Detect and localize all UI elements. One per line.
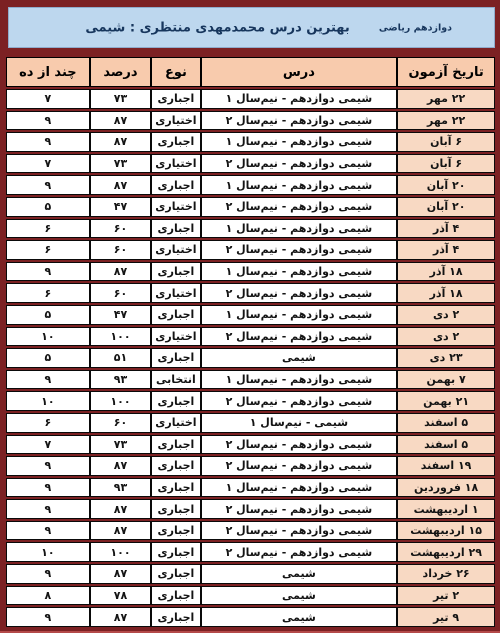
of-ten-cell: ۹ <box>6 132 90 152</box>
type-cell: اختیاری <box>151 240 200 260</box>
exam-date-cell: ۲۰ آبان <box>397 175 495 195</box>
exam-date-cell: ۱۵ اردیبهشت <box>397 521 495 541</box>
exam-date-cell: ۱۸ فروردین <box>397 478 495 498</box>
type-cell: اختیاری <box>151 111 200 131</box>
percent-cell: ۱۰۰ <box>90 391 152 411</box>
type-cell: اجباری <box>151 564 200 584</box>
table-row: ۱۸ فروردینشیمی دوازدهم - نیم‌سال ۱اجباری… <box>6 478 495 498</box>
of-ten-cell: ۸ <box>6 586 90 606</box>
type-cell: اجباری <box>151 89 200 109</box>
lesson-cell: شیمی دوازدهم - نیم‌سال ۱ <box>201 305 398 325</box>
table-row: ۱۹ اسفندشیمی دوازدهم - نیم‌سال ۲اجباری۸۷… <box>6 456 495 476</box>
table-row: ۴ آذرشیمی دوازدهم - نیم‌سال ۱اجباری۶۰۶ <box>6 219 495 239</box>
percent-cell: ۸۷ <box>90 499 152 519</box>
type-cell: اجباری <box>151 542 200 562</box>
type-cell: اجباری <box>151 132 200 152</box>
type-cell: اجباری <box>151 586 200 606</box>
table-row: ۶ آبانشیمی دوازدهم - نیم‌سال ۲اختیاری۷۳۷ <box>6 154 495 174</box>
col-header-percent: درصد <box>90 57 152 87</box>
percent-cell: ۴۷ <box>90 305 152 325</box>
percent-cell: ۸۷ <box>90 456 152 476</box>
of-ten-cell: ۹ <box>6 499 90 519</box>
report-title: بهترین درس محمدمهدی منتظری : شیمی <box>85 20 349 35</box>
table-row: ۲ تیرشیمیاجباری۷۸۸ <box>6 586 495 606</box>
type-cell: اجباری <box>151 478 200 498</box>
type-cell: اجباری <box>151 348 200 368</box>
lesson-cell: شیمی دوازدهم - نیم‌سال ۱ <box>201 262 398 282</box>
exam-date-cell: ۹ تیر <box>397 607 495 627</box>
type-cell: اختیاری <box>151 197 200 217</box>
table-row: ۲۱ بهمنشیمی دوازدهم - نیم‌سال ۲اجباری۱۰۰… <box>6 391 495 411</box>
percent-cell: ۷۳ <box>90 154 152 174</box>
type-cell: اختیاری <box>151 154 200 174</box>
lesson-cell: شیمی دوازدهم - نیم‌سال ۲ <box>201 283 398 303</box>
percent-cell: ۸۷ <box>90 521 152 541</box>
exam-date-cell: ۲ تیر <box>397 586 495 606</box>
table-row: ۲۹ اردیبهشتشیمی دوازدهم - نیم‌سال ۲اجبار… <box>6 542 495 562</box>
lesson-cell: شیمی دوازدهم - نیم‌سال ۱ <box>201 89 398 109</box>
table-row: ۷ بهمنشیمی دوازدهم - نیم‌سال ۱انتخابی۹۳۹ <box>6 370 495 390</box>
report-page: دوازدهم ریاضی بهترین درس محمدمهدی منتظری… <box>0 0 500 633</box>
lesson-cell: شیمی دوازدهم - نیم‌سال ۲ <box>201 197 398 217</box>
table-row: ۲۰ آبانشیمی دوازدهم - نیم‌سال ۱اجباری۸۷۹ <box>6 175 495 195</box>
of-ten-cell: ۱۰ <box>6 327 90 347</box>
table-row: ۲ دیشیمی دوازدهم - نیم‌سال ۲اختیاری۱۰۰۱۰ <box>6 327 495 347</box>
lesson-cell: شیمی دوازدهم - نیم‌سال ۲ <box>201 456 398 476</box>
of-ten-cell: ۹ <box>6 175 90 195</box>
type-cell: انتخابی <box>151 370 200 390</box>
exam-date-cell: ۲۶ خرداد <box>397 564 495 584</box>
lesson-cell: شیمی دوازدهم - نیم‌سال ۲ <box>201 111 398 131</box>
lesson-cell: شیمی <box>201 564 398 584</box>
exam-results-table: تاریخ آزمون درس نوع درصد چند از ده ۲۲ مه… <box>6 55 495 629</box>
of-ten-cell: ۷ <box>6 89 90 109</box>
lesson-cell: شیمی دوازدهم - نیم‌سال ۲ <box>201 154 398 174</box>
percent-cell: ۵۱ <box>90 348 152 368</box>
col-header-exam-date: تاریخ آزمون <box>397 57 495 87</box>
of-ten-cell: ۹ <box>6 478 90 498</box>
percent-cell: ۹۳ <box>90 370 152 390</box>
percent-cell: ۶۰ <box>90 219 152 239</box>
type-cell: اجباری <box>151 262 200 282</box>
lesson-cell: شیمی دوازدهم - نیم‌سال ۲ <box>201 521 398 541</box>
of-ten-cell: ۷ <box>6 435 90 455</box>
percent-cell: ۱۰۰ <box>90 327 152 347</box>
lesson-cell: شیمی دوازدهم - نیم‌سال ۱ <box>201 175 398 195</box>
percent-cell: ۸۷ <box>90 111 152 131</box>
exam-date-cell: ۲ دی <box>397 327 495 347</box>
type-cell: اجباری <box>151 175 200 195</box>
exam-date-cell: ۱۸ آذر <box>397 283 495 303</box>
table-row: ۵ اسفندشیمی دوازدهم - نیم‌سال ۲اجباری۷۳۷ <box>6 435 495 455</box>
table-row: ۱۸ آذرشیمی دوازدهم - نیم‌سال ۲اختیاری۶۰۶ <box>6 283 495 303</box>
table-row: ۴ آذرشیمی دوازدهم - نیم‌سال ۲اختیاری۶۰۶ <box>6 240 495 260</box>
type-cell: اجباری <box>151 391 200 411</box>
percent-cell: ۶۰ <box>90 413 152 433</box>
table-row: ۵ اسفندشیمی - نیم‌سال ۱اختیاری۶۰۶ <box>6 413 495 433</box>
of-ten-cell: ۷ <box>6 154 90 174</box>
percent-cell: ۶۰ <box>90 240 152 260</box>
lesson-cell: شیمی دوازدهم - نیم‌سال ۱ <box>201 478 398 498</box>
lesson-cell: شیمی دوازدهم - نیم‌سال ۲ <box>201 435 398 455</box>
of-ten-cell: ۶ <box>6 219 90 239</box>
exam-date-cell: ۷ بهمن <box>397 370 495 390</box>
exam-date-cell: ۱۸ آذر <box>397 262 495 282</box>
percent-cell: ۹۳ <box>90 478 152 498</box>
type-cell: اختیاری <box>151 283 200 303</box>
percent-cell: ۸۷ <box>90 564 152 584</box>
table-row: ۶ آبانشیمی دوازدهم - نیم‌سال ۱اجباری۸۷۹ <box>6 132 495 152</box>
percent-cell: ۸۷ <box>90 607 152 627</box>
percent-cell: ۱۰۰ <box>90 542 152 562</box>
exam-date-cell: ۲۳ دی <box>397 348 495 368</box>
of-ten-cell: ۹ <box>6 370 90 390</box>
of-ten-cell: ۹ <box>6 564 90 584</box>
type-cell: اجباری <box>151 607 200 627</box>
table-row: ۱۵ اردیبهشتشیمی دوازدهم - نیم‌سال ۲اجبار… <box>6 521 495 541</box>
lesson-cell: شیمی <box>201 586 398 606</box>
report-banner: دوازدهم ریاضی بهترین درس محمدمهدی منتظری… <box>8 7 495 48</box>
table-row: ۹ تیرشیمیاجباری۸۷۹ <box>6 607 495 627</box>
of-ten-cell: ۵ <box>6 197 90 217</box>
of-ten-cell: ۶ <box>6 413 90 433</box>
lesson-cell: شیمی دوازدهم - نیم‌سال ۱ <box>201 132 398 152</box>
exam-date-cell: ۵ اسفند <box>397 435 495 455</box>
type-cell: اختیاری <box>151 413 200 433</box>
of-ten-cell: ۱۰ <box>6 391 90 411</box>
lesson-cell: شیمی - نیم‌سال ۱ <box>201 413 398 433</box>
of-ten-cell: ۹ <box>6 111 90 131</box>
lesson-cell: شیمی دوازدهم - نیم‌سال ۲ <box>201 542 398 562</box>
of-ten-cell: ۱۰ <box>6 542 90 562</box>
type-cell: اختیاری <box>151 327 200 347</box>
of-ten-cell: ۹ <box>6 262 90 282</box>
exam-date-cell: ۲۹ اردیبهشت <box>397 542 495 562</box>
table-row: ۲۶ خردادشیمیاجباری۸۷۹ <box>6 564 495 584</box>
of-ten-cell: ۹ <box>6 456 90 476</box>
lesson-cell: شیمی دوازدهم - نیم‌سال ۲ <box>201 240 398 260</box>
col-header-of-ten: چند از ده <box>6 57 90 87</box>
table-row: ۱۸ آذرشیمی دوازدهم - نیم‌سال ۱اجباری۸۷۹ <box>6 262 495 282</box>
exam-date-cell: ۲۱ بهمن <box>397 391 495 411</box>
percent-cell: ۷۳ <box>90 89 152 109</box>
exam-date-cell: ۲۲ مهر <box>397 111 495 131</box>
exam-date-cell: ۱۹ اسفند <box>397 456 495 476</box>
exam-date-cell: ۱ اردیبهشت <box>397 499 495 519</box>
lesson-cell: شیمی دوازدهم - نیم‌سال ۲ <box>201 391 398 411</box>
grade-label: دوازدهم ریاضی <box>379 22 452 33</box>
exam-date-cell: ۴ آذر <box>397 219 495 239</box>
percent-cell: ۷۸ <box>90 586 152 606</box>
type-cell: اجباری <box>151 521 200 541</box>
of-ten-cell: ۹ <box>6 521 90 541</box>
exam-date-cell: ۲۲ مهر <box>397 89 495 109</box>
table-row: ۲۲ مهرشیمی دوازدهم - نیم‌سال ۲اختیاری۸۷۹ <box>6 111 495 131</box>
lesson-cell: شیمی دوازدهم - نیم‌سال ۱ <box>201 219 398 239</box>
exam-date-cell: ۶ آبان <box>397 154 495 174</box>
lesson-cell: شیمی <box>201 607 398 627</box>
percent-cell: ۷۳ <box>90 435 152 455</box>
type-cell: اجباری <box>151 435 200 455</box>
table-row: ۲۰ آبانشیمی دوازدهم - نیم‌سال ۲اختیاری۴۷… <box>6 197 495 217</box>
type-cell: اجباری <box>151 305 200 325</box>
percent-cell: ۸۷ <box>90 132 152 152</box>
of-ten-cell: ۹ <box>6 607 90 627</box>
lesson-cell: شیمی دوازدهم - نیم‌سال ۲ <box>201 327 398 347</box>
of-ten-cell: ۶ <box>6 283 90 303</box>
type-cell: اجباری <box>151 456 200 476</box>
exam-date-cell: ۲۰ آبان <box>397 197 495 217</box>
col-header-lesson: درس <box>201 57 398 87</box>
col-header-type: نوع <box>151 57 200 87</box>
of-ten-cell: ۵ <box>6 305 90 325</box>
lesson-cell: شیمی دوازدهم - نیم‌سال ۲ <box>201 499 398 519</box>
percent-cell: ۸۷ <box>90 262 152 282</box>
type-cell: اجباری <box>151 219 200 239</box>
exam-date-cell: ۴ آذر <box>397 240 495 260</box>
table-row: ۲۳ دیشیمیاجباری۵۱۵ <box>6 348 495 368</box>
lesson-cell: شیمی <box>201 348 398 368</box>
percent-cell: ۴۷ <box>90 197 152 217</box>
table-row: ۱ اردیبهشتشیمی دوازدهم - نیم‌سال ۲اجباری… <box>6 499 495 519</box>
percent-cell: ۶۰ <box>90 283 152 303</box>
lesson-cell: شیمی دوازدهم - نیم‌سال ۱ <box>201 370 398 390</box>
type-cell: اجباری <box>151 499 200 519</box>
exam-date-cell: ۲ دی <box>397 305 495 325</box>
table-body: ۲۲ مهرشیمی دوازدهم - نیم‌سال ۱اجباری۷۳۷۲… <box>6 89 495 627</box>
table-row: ۲۲ مهرشیمی دوازدهم - نیم‌سال ۱اجباری۷۳۷ <box>6 89 495 109</box>
table-row: ۲ دیشیمی دوازدهم - نیم‌سال ۱اجباری۴۷۵ <box>6 305 495 325</box>
header-row: تاریخ آزمون درس نوع درصد چند از ده <box>6 57 495 87</box>
exam-date-cell: ۵ اسفند <box>397 413 495 433</box>
of-ten-cell: ۶ <box>6 240 90 260</box>
percent-cell: ۸۷ <box>90 175 152 195</box>
of-ten-cell: ۵ <box>6 348 90 368</box>
exam-date-cell: ۶ آبان <box>397 132 495 152</box>
